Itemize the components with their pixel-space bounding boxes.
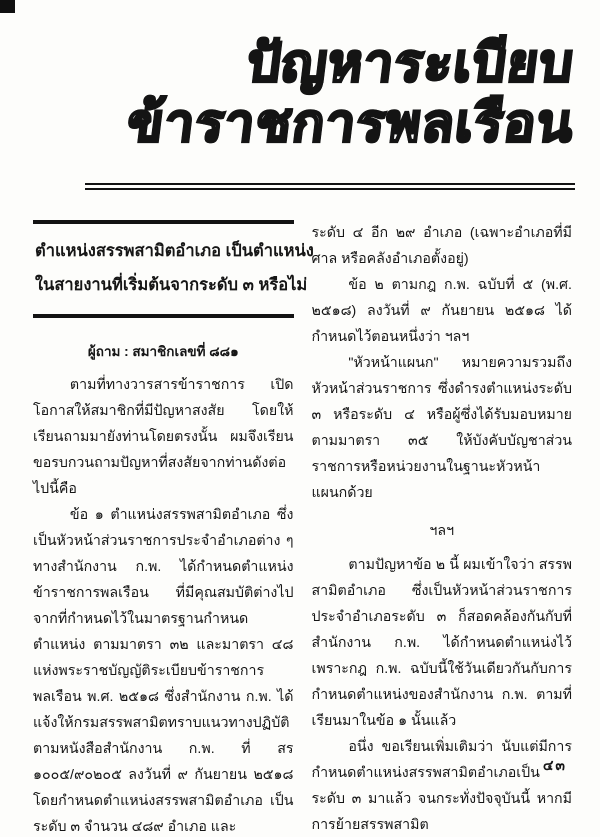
etcetera-mark: ฯลฯ (312, 518, 573, 544)
print-corner-mark (0, 0, 15, 13)
article-masthead: ปัญหาระเบียบ ข้าราชการพลเรือน (0, 34, 574, 154)
page-number: ๔๓ (543, 755, 567, 777)
masthead-divider-rule (85, 183, 575, 190)
question-headline-line2: ในสายงานที่เริ่มต้นจากระดับ ๓ หรือไม่ (35, 268, 292, 302)
right-paragraph-question2: ข้อ ๒ ตามกฎ ก.พ. ฉบับที่ ๕ (พ.ศ. ๒๕๑๘) ล… (312, 272, 573, 350)
right-paragraph-quote: "หัวหน้าแผนก" หมายความรวมถึงหัวหน้าส่วนร… (312, 350, 573, 506)
magazine-page: ปัญหาระเบียบ ข้าราชการพลเรือน ตำแหน่งสรร… (0, 0, 600, 837)
masthead-title-line2: ข้าราชการพลเรือน (0, 94, 578, 154)
right-paragraph-answer-understanding: ตามปัญหาข้อ ๒ นี้ ผมเข้าใจว่า สรรพสามิตอ… (312, 552, 573, 734)
left-paragraph-question1: ข้อ ๑ ตำแหน่งสรรพสามิตอำเภอ ซึ่งเป็นหัวห… (33, 502, 294, 837)
question-headline-box: ตำแหน่งสรรพสามิตอำเภอ เป็นตำแหน่ง ในสายง… (33, 220, 294, 318)
right-paragraph-continuation: ระดับ ๔ อีก ๒๙ อำเภอ (เฉพาะอำเภอที่มีศาล… (312, 220, 573, 272)
left-paragraph-intro: ตามที่ทางวารสารข้าราชการ เปิดโอกาสให้สมา… (33, 372, 294, 502)
right-column: ระดับ ๔ อีก ๒๙ อำเภอ (เฉพาะอำเภอที่มีศาล… (312, 220, 573, 837)
asker-byline: ผู้ถาม : สมาชิกเลขที่ ๘๘๑ (33, 340, 294, 362)
question-headline-line1: ตำแหน่งสรรพสามิตอำเภอ เป็นตำแหน่ง (35, 234, 292, 268)
masthead-title-line1: ปัญหาระเบียบ (0, 34, 578, 94)
right-paragraph-additional-note: อนึ่ง ขอเรียนเพิ่มเติมว่า นับแต่มีการกำห… (312, 734, 573, 837)
article-body-columns: ตำแหน่งสรรพสามิตอำเภอ เป็นตำแหน่ง ในสายง… (33, 220, 572, 837)
left-column: ตำแหน่งสรรพสามิตอำเภอ เป็นตำแหน่ง ในสายง… (33, 220, 294, 837)
